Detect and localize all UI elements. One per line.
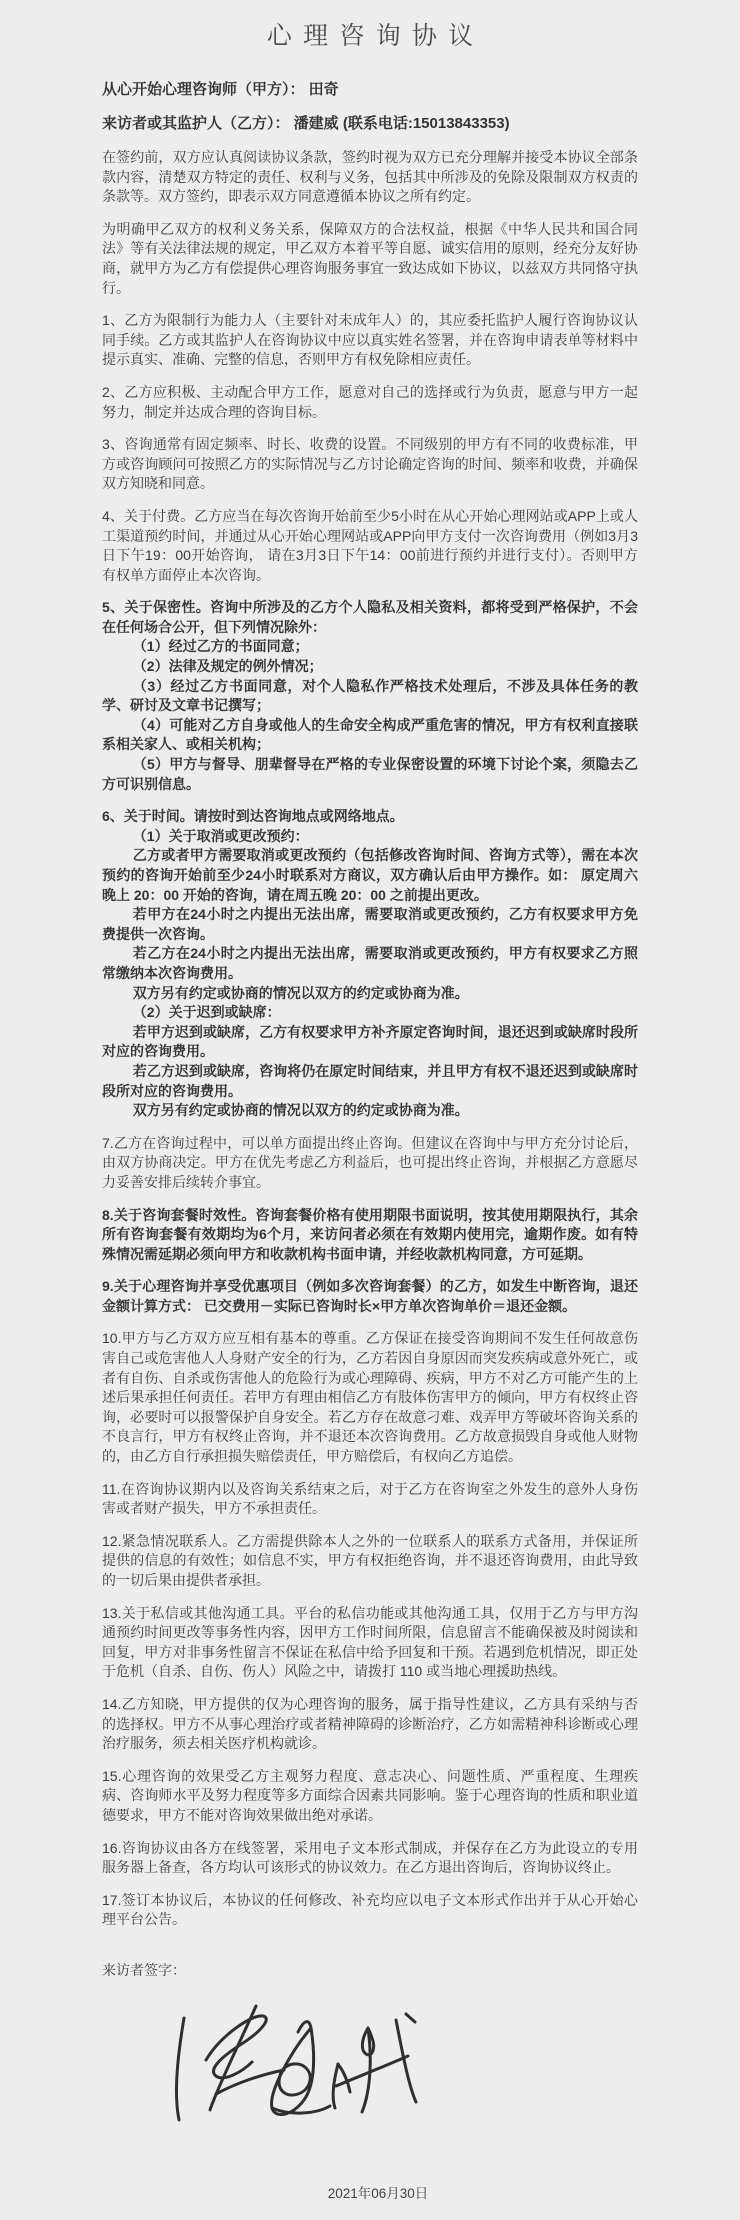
clause-section-9: 8.关于咨询套餐时效性。咨询套餐价格有使用期限书面说明，按其使用期限执行，其余所… — [102, 1206, 638, 1265]
clause-paragraph: 17.签订本协议后，本协议的任何修改、补充均应以电子文本形式作出并于从心开始心理… — [102, 1891, 638, 1930]
clause-section-2: 1、乙方为限制行为能力人（主要针对未成年人）的，其应委托监护人履行咨询协议认同手… — [102, 311, 638, 370]
signature-label: 来访者签字： — [102, 1960, 638, 1980]
clause-paragraph: 9.关于心理咨询并享受优惠项目（例如多次咨询套餐）的乙方，如发生中断咨询，退还金… — [102, 1277, 638, 1316]
clause-paragraph: 6、关于时间。请按时到达咨询地点或网络地点。 — [102, 807, 638, 827]
party-b-line: 来访者或其监护人（乙方）： 潘建威 (联系电话:15013843353) — [102, 114, 638, 134]
clause-paragraph: 为明确甲乙双方的权利义务关系，保障双方的合法权益，根据《中华人民共和国合同法》等… — [102, 220, 638, 298]
party-a-line: 从心开始心理咨询师（甲方）： 田奇 — [102, 80, 638, 100]
clause-section-18: 17.签订本协议后，本协议的任何修改、补充均应以电子文本形式作出并于从心开始心理… — [102, 1891, 638, 1930]
clause-section-16: 15.心理咨询的效果受乙方主观努力程度、意志决心、问题性质、严重程度、生理疾病、… — [102, 1767, 638, 1826]
clause-paragraph: 双方另有约定或协商的情况以双方的约定或协商为准。 — [102, 1101, 638, 1121]
clause-paragraph: 15.心理咨询的效果受乙方主观努力程度、意志决心、问题性质、严重程度、生理疾病、… — [102, 1767, 638, 1826]
clause-paragraph: （1）经过乙方的书面同意； — [102, 637, 638, 657]
clause-section-12: 11.在咨询协议期内以及咨询关系结束之后，对于乙方在咨询室之外发生的意外人身伤害… — [102, 1480, 638, 1519]
clause-paragraph: 3、咨询通常有固定频率、时长、收费的设置。不同级别的甲方有不同的收费标准，甲方或… — [102, 435, 638, 494]
clause-section-0: 在签约前，双方应认真阅读协议条款，签约时视为双方已充分理解并接受本协议全部条款内… — [102, 148, 638, 207]
clause-section-14: 13.关于私信或其他沟通工具。平台的私信功能或其他沟通工具，仅用于乙方与甲方沟通… — [102, 1604, 638, 1682]
agreement-clauses: 在签约前，双方应认真阅读协议条款，签约时视为双方已充分理解并接受本协议全部条款内… — [102, 148, 638, 1930]
clause-paragraph: 4、关于付费。乙方应当在每次咨询开始前至少5小时在从心开始心理网站或APP上或人… — [102, 507, 638, 585]
clause-paragraph: 2、乙方应积极、主动配合甲方工作，愿意对自己的选择或行为负责，愿意与甲方一起努力… — [102, 383, 638, 422]
clause-paragraph: 10.甲方与乙方双方应互相有基本的尊重。乙方保证在接受咨询期间不发生任何故意伤害… — [102, 1329, 638, 1466]
clause-section-17: 16.咨询协议由各方在线签署，采用电子文本形式制成，并保存在乙方为此设立的专用服… — [102, 1839, 638, 1878]
clause-section-11: 10.甲方与乙方双方应互相有基本的尊重。乙方保证在接受咨询期间不发生任何故意伤害… — [102, 1329, 638, 1466]
clause-paragraph: （5）甲方与督导、朋辈督导在严格的专业保密设置的环境下讨论个案，须隐去乙方可识别… — [102, 755, 638, 794]
clause-paragraph: 5、关于保密性。咨询中所涉及的乙方个人隐私及相关资料，都将受到严格保护，不会在任… — [102, 598, 638, 637]
clause-paragraph: 乙方或者甲方需要取消或更改预约（包括修改咨询时间、咨询方式等），需在本次预约的咨… — [102, 846, 638, 905]
signature-scribble — [168, 1998, 430, 2130]
clause-paragraph: 14.乙方知晓，甲方提供的仅为心理咨询的服务，属于指导性建议，乙方具有采纳与否的… — [102, 1695, 638, 1754]
clause-section-15: 14.乙方知晓，甲方提供的仅为心理咨询的服务，属于指导性建议，乙方具有采纳与否的… — [102, 1695, 638, 1754]
agreement-document: 心理咨询协议 从心开始心理咨询师（甲方）： 田奇 来访者或其监护人（乙方）： 潘… — [0, 0, 740, 2220]
clause-section-3: 2、乙方应积极、主动配合甲方工作，愿意对自己的选择或行为负责，愿意与甲方一起努力… — [102, 383, 638, 422]
clause-paragraph: 若乙方在24小时之内提出无法出席，需要取消或更改预约，甲方有权要求乙方照常缴纳本… — [102, 944, 638, 983]
clause-section-6: 5、关于保密性。咨询中所涉及的乙方个人隐私及相关资料，都将受到严格保护，不会在任… — [102, 598, 638, 794]
clause-paragraph: （3）经过乙方书面同意，对个人隐私作严格技术处理后，不涉及具体任务的教学、研讨及… — [102, 677, 638, 716]
clause-paragraph: （4）可能对乙方自身或他人的生命安全构成严重危害的情况，甲方有权利直接联系相关家… — [102, 716, 638, 755]
clause-paragraph: 16.咨询协议由各方在线签署，采用电子文本形式制成，并保存在乙方为此设立的专用服… — [102, 1839, 638, 1878]
clause-paragraph: 在签约前，双方应认真阅读协议条款，签约时视为双方已充分理解并接受本协议全部条款内… — [102, 148, 638, 207]
clause-paragraph: 若乙方迟到或缺席，咨询将仍在原定时间结束，并且甲方有权不退还迟到或缺席时段所对应… — [102, 1062, 638, 1101]
clause-paragraph: 11.在咨询协议期内以及咨询关系结束之后，对于乙方在咨询室之外发生的意外人身伤害… — [102, 1480, 638, 1519]
signature-date: 2021年06月30日 — [102, 2182, 638, 2202]
clause-section-4: 3、咨询通常有固定频率、时长、收费的设置。不同级别的甲方有不同的收费标准，甲方或… — [102, 435, 638, 494]
clause-section-10: 9.关于心理咨询并享受优惠项目（例如多次咨询套餐）的乙方，如发生中断咨询，退还金… — [102, 1277, 638, 1316]
document-title: 心理咨询协议 — [102, 16, 638, 52]
visitor-signature — [168, 1998, 430, 2130]
clause-paragraph: 双方另有约定或协商的情况以双方的约定或协商为准。 — [102, 984, 638, 1004]
clause-paragraph: （2）关于迟到或缺席： — [102, 1003, 638, 1023]
clause-paragraph: 若甲方迟到或缺席，乙方有权要求甲方补齐原定咨询时间，退还迟到或缺席时段所对应的咨… — [102, 1023, 638, 1062]
clause-section-5: 4、关于付费。乙方应当在每次咨询开始前至少5小时在从心开始心理网站或APP上或人… — [102, 507, 638, 585]
clause-paragraph: 8.关于咨询套餐时效性。咨询套餐价格有使用期限书面说明，按其使用期限执行，其余所… — [102, 1206, 638, 1265]
clause-paragraph: 若甲方在24小时之内提出无法出席，需要取消或更改预约，乙方有权要求甲方免费提供一… — [102, 905, 638, 944]
clause-section-7: 6、关于时间。请按时到达咨询地点或网络地点。（1）关于取消或更改预约：乙方或者甲… — [102, 807, 638, 1121]
clause-paragraph: 13.关于私信或其他沟通工具。平台的私信功能或其他沟通工具，仅用于乙方与甲方沟通… — [102, 1604, 638, 1682]
clause-section-8: 7.乙方在咨询过程中，可以单方面提出终止咨询。但建议在咨询中与甲方充分讨论后，由… — [102, 1134, 638, 1193]
clause-paragraph: 12.紧急情况联系人。乙方需提供除本人之外的一位联系人的联系方式备用，并保证所提… — [102, 1532, 638, 1591]
clause-section-13: 12.紧急情况联系人。乙方需提供除本人之外的一位联系人的联系方式备用，并保证所提… — [102, 1532, 638, 1591]
clause-paragraph: 1、乙方为限制行为能力人（主要针对未成年人）的，其应委托监护人履行咨询协议认同手… — [102, 311, 638, 370]
clause-paragraph: （1）关于取消或更改预约： — [102, 827, 638, 847]
clause-section-1: 为明确甲乙双方的权利义务关系，保障双方的合法权益，根据《中华人民共和国合同法》等… — [102, 220, 638, 298]
clause-paragraph: 7.乙方在咨询过程中，可以单方面提出终止咨询。但建议在咨询中与甲方充分讨论后，由… — [102, 1134, 638, 1193]
clause-paragraph: （2）法律及规定的例外情况； — [102, 657, 638, 677]
